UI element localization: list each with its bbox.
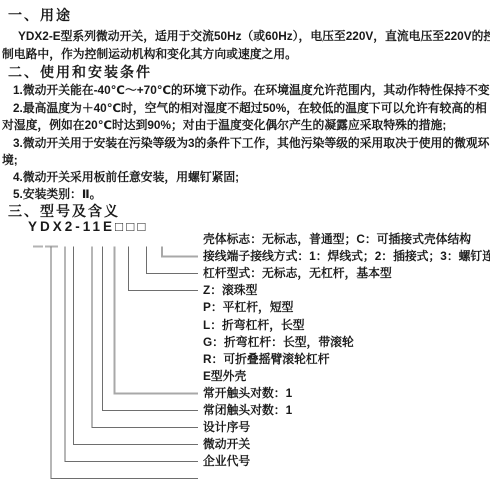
text-line: 4.微动开关采用板前任意安装，用螺钉紧固;	[13, 170, 239, 184]
leader-line	[147, 247, 199, 274]
leader-line	[103, 247, 199, 411]
annotation-row: L：折弯杠杆，长型	[203, 318, 305, 332]
annotation-row: 常闭触头对数：1	[203, 403, 292, 417]
annotation-row: E型外壳	[203, 369, 246, 383]
annotation-row: 常开触头对数：1	[203, 386, 292, 400]
text-line: 2.最高温度为＋40℃时，空气的相对湿度不超过50%，在较低的温度下可以允许有较…	[13, 101, 487, 115]
text-line: 5.安装类别：Ⅱ。	[13, 187, 101, 201]
annotation-row: G：折弯杠杆：长型，带滚轮	[203, 335, 354, 349]
annotation-row: Z：滚珠型	[203, 283, 257, 297]
annotation-row: R：可折叠摇臂滚轮杠杆	[203, 352, 330, 366]
annotation-row: 企业代号	[203, 454, 250, 468]
leader-line	[65, 247, 198, 462]
text-line: 对湿度，例如在20℃时达到90%；对由于温度变化偶尔产生的凝露应采取特殊的措施;	[2, 118, 446, 132]
annotation-row: 壳体标志：无标志，普通型；C：可插接式壳体结构	[203, 232, 471, 246]
text-line: 1.微动开关能在-40℃～+70℃的环境下动作。在环境温度允许范围内，其动作特性…	[13, 83, 490, 97]
annotation-row: 接线端子接线方式：1：焊线式；2：插接式；3：螺钉连接	[203, 249, 490, 263]
annotation-row: 微动开关	[203, 437, 250, 451]
annotation-row: 设计序号	[203, 420, 250, 434]
text-line: 制电路中，作为控制运动机构和变化其方向或速度之用。	[2, 47, 297, 61]
leader-line	[162, 247, 198, 257]
leader-line	[129, 247, 199, 291]
text-line: 3.微动开关用于安装在污染等级为3的条件下工作，其他污染等级的采用取决于使用的微…	[13, 136, 489, 150]
leader-line	[115, 247, 199, 394]
annotation-row: P：平杠杆，短型	[203, 300, 293, 314]
text-line: YDX2-E型系列微动开关，适用于交流50Hz（或60Hz），电压至220V，直…	[18, 29, 490, 43]
heading-conditions: 二、使用和安装条件	[8, 64, 152, 80]
annotation-row: 杠杆型式：无标志，无杠杆，基本型	[203, 266, 392, 280]
heading-usage: 一、用途	[8, 7, 72, 23]
text-line: 境;	[2, 153, 18, 167]
